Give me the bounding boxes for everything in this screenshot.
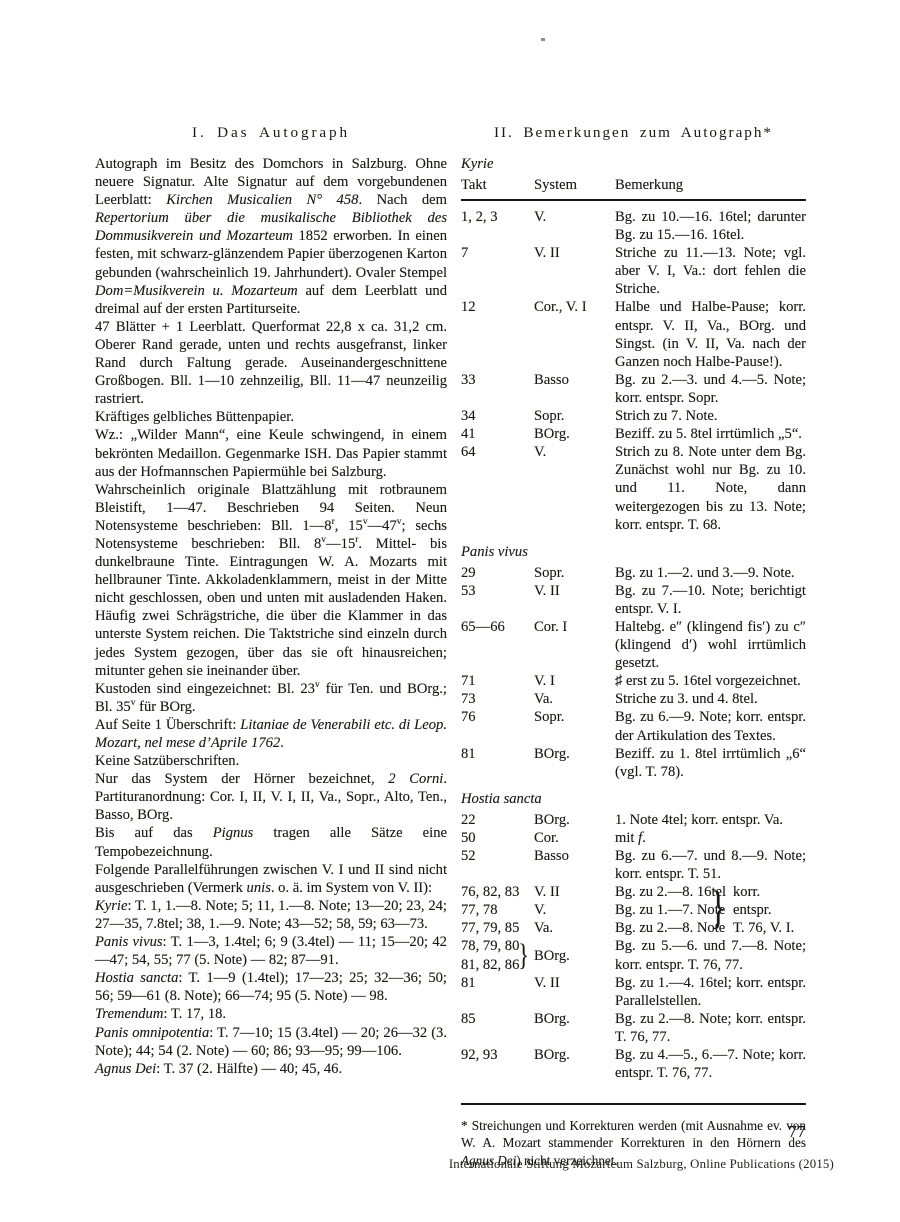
text-run: 47 Blätter + 1 Leerblatt. Querformat 22,… (95, 319, 447, 407)
bemerkung-cell: mit f. (615, 829, 806, 847)
takt-cell: 34 (461, 407, 534, 425)
takt-cell: 77, 78 (461, 901, 534, 919)
takt-cell: 78, 79, 8081, 82, 86} (461, 937, 534, 973)
table-row: 64V.Strich zu 8. Note unter dem Bg. Zunä… (461, 443, 806, 533)
italic-text: unis (247, 880, 271, 896)
text-run: : T. 1, 1.—8. Note; 5; 11, 1.—8. Note; 1… (95, 898, 447, 932)
italic-text: Pignus (213, 825, 254, 841)
paragraph: Kyrie: T. 1, 1.—8. Note; 5; 11, 1.—8. No… (95, 897, 447, 933)
bemerkung-cell: Bg. zu 2.—8. Note (615, 919, 725, 937)
table-row: 50Cor.mit f. (461, 829, 806, 847)
text-run: —47 (368, 518, 397, 534)
takt-cell: 76 (461, 708, 534, 744)
autograph-description: Autograph im Besitz des Domchors in Salz… (95, 155, 447, 1078)
bemerkung-cell: Bg. zu 10.—16. 16tel; darunter Bg. zu 15… (615, 208, 806, 244)
paragraph: Bis auf das Pignus tragen alle Sätze ein… (95, 824, 447, 860)
takt-cell: 1, 2, 3 (461, 208, 534, 244)
system-cell: BOrg. (534, 745, 615, 781)
bemerkung-cell: Bg. zu 7.—10. Note; berichtigt entspr. V… (615, 582, 806, 618)
system-cell: V. II (534, 582, 615, 618)
table-row: 77, 79, 85Va.Bg. zu 2.—8. NoteT. 76, V. … (461, 919, 806, 937)
right-column: II. Bemerkungen zum Autograph* KyrieTakt… (461, 124, 806, 1169)
takt-cell: 12 (461, 298, 534, 370)
system-cell: Basso (534, 847, 615, 883)
italic-text: Panis omnipotentia (95, 1025, 209, 1041)
system-cell: Va. (534, 690, 615, 708)
column-header-bemerkung: Bemerkung (615, 176, 806, 195)
takt-cell: 92, 93 (461, 1046, 534, 1082)
system-cell: Sopr. (534, 708, 615, 744)
takt-cell: 81 (461, 745, 534, 781)
text-run: : T. 37 (2. Hälfte) — 40; 45, 46. (156, 1061, 342, 1077)
text-run: : T. 17, 18. (163, 1006, 226, 1022)
paragraph: Folgende Parallelführungen zwischen V. I… (95, 861, 447, 897)
takt-cell: 73 (461, 690, 534, 708)
takt-cell: 71 (461, 672, 534, 690)
system-cell: Cor. (534, 829, 615, 847)
text-run: . (642, 830, 646, 846)
takt-cell: 53 (461, 582, 534, 618)
bemerkung-cell: Bg. zu 6.—9. Note; korr. entspr. der Art… (615, 708, 806, 744)
table-row: 81BOrg.Beziff. zu 1. 8tel irrtümlich „6“… (461, 745, 806, 781)
system-cell: V. II (534, 244, 615, 298)
bemerkung-cell: Strich zu 7. Note. (615, 407, 806, 425)
bemerkung-cell: Bg. zu 4.—5., 6.—7. Note; korr. entspr. … (615, 1046, 806, 1082)
publication-footer: Internationale Stiftung Mozarteum Salzbu… (449, 1157, 834, 1172)
bemerkung-cell: Striche zu 3. und 4. 8tel. (615, 690, 806, 708)
bemerkung-cell: 1. Note 4tel; korr. entspr. Va. (615, 811, 806, 829)
table-section-title: Panis vivus (461, 543, 806, 561)
table-row: 12Cor., V. IHalbe und Halbe-Pause; korr.… (461, 298, 806, 370)
table-section-title: Kyrie (461, 155, 806, 173)
footnote-rule (461, 1103, 806, 1105)
takt-cell: 41 (461, 425, 534, 443)
table-row: 78, 79, 8081, 82, 86}BOrg.Bg. zu 5.—6. u… (461, 937, 806, 973)
table-row: 22BOrg.1. Note 4tel; korr. entspr. Va. (461, 811, 806, 829)
bemerkung-cell: Bg. zu 6.—7. und 8.—9. Note; korr. entsp… (615, 847, 806, 883)
paragraph: Wz.: „Wilder Mann“, eine Keule schwingen… (95, 426, 447, 480)
table-row: 1, 2, 3V.Bg. zu 10.—16. 16tel; darunter … (461, 208, 806, 244)
bemerkung-cell: Bg. zu 2.—8. Note; korr. entspr. T. 76, … (615, 1010, 806, 1046)
system-cell: V. (534, 208, 615, 244)
table-row: 85BOrg.Bg. zu 2.—8. Note; korr. entspr. … (461, 1010, 806, 1046)
takt-group-brace: } (518, 935, 529, 974)
table-row: 81V. IIBg. zu 1.—4. 16tel; korr. entspr.… (461, 974, 806, 1010)
bemerkung-cell: Halbe und Halbe-Pause; korr. entspr. V. … (615, 298, 806, 370)
section-heading-bemerkungen: II. Bemerkungen zum Autograph* (461, 124, 806, 142)
table-row: 77, 78V.Bg. zu 1.—7. Noteentspr. (461, 901, 806, 919)
table-row: 7V. IIStriche zu 11.—13. Note; vgl. aber… (461, 244, 806, 298)
takt-cell: 22 (461, 811, 534, 829)
section-heading-autograph: I. Das Autograph (95, 124, 447, 142)
italic-text: Tremendum (95, 1006, 163, 1022)
group-side-label: korr. (733, 883, 760, 901)
system-cell: BOrg. (534, 937, 615, 973)
paragraph: Wahrscheinlich originale Blattzählung mi… (95, 481, 447, 680)
bemerkung-cell: Beziff. zu 5. 8tel irrtümlich „5“. (615, 425, 806, 443)
system-cell: V. II (534, 974, 615, 1010)
table-row: 73Va.Striche zu 3. und 4. 8tel. (461, 690, 806, 708)
paragraph: Kustoden sind eingezeichnet: Bl. 23v für… (95, 680, 447, 716)
text-run: , 15 (335, 518, 363, 534)
bemerkung-cell: ♯ erst zu 5. 16tel vorgezeichnet. (615, 672, 806, 690)
system-cell: BOrg. (534, 425, 615, 443)
table-row: 65—66Cor. IHaltebg. e″ (klingend fis′) z… (461, 618, 806, 672)
paragraph: Agnus Dei: T. 37 (2. Hälfte) — 40; 45, 4… (95, 1060, 447, 1078)
text-run: . (280, 735, 284, 751)
paragraph: Nur das System der Hörner bezeichnet, 2 … (95, 770, 447, 824)
text-run: —15 (326, 536, 355, 552)
text-run: . o. ä. im System von V. II): (271, 880, 432, 896)
system-cell: BOrg. (534, 811, 615, 829)
text-run: Nur das System der Hörner bezeichnet, (95, 771, 388, 787)
column-header-system: System (534, 176, 615, 195)
table-row: 76Sopr.Bg. zu 6.—9. Note; korr. entspr. … (461, 708, 806, 744)
takt-cell: 76, 82, 83 (461, 883, 534, 901)
paragraph: Autograph im Besitz des Domchors in Salz… (95, 155, 447, 318)
text-run: Wz.: „Wilder Mann“, eine Keule schwingen… (95, 427, 447, 479)
italic-text: 2 Corni (388, 771, 443, 787)
system-cell: BOrg. (534, 1010, 615, 1046)
italic-text: Hostia sancta (95, 970, 178, 986)
left-column: I. Das Autograph Autograph im Besitz des… (95, 124, 447, 1078)
system-cell: V. (534, 443, 615, 533)
text-run: . Nach dem (358, 192, 447, 208)
table-header-row: TaktSystemBemerkung (461, 176, 806, 195)
system-cell: V. II (534, 883, 615, 901)
italic-text: Kyrie (95, 898, 127, 914)
scan-artifact-speck (541, 38, 545, 41)
table-row: 53V. IIBg. zu 7.—10. Note; berichtigt en… (461, 582, 806, 618)
group-side-label: entspr. (733, 901, 772, 919)
italic-text: Kirchen Musicalien N° 458 (166, 192, 358, 208)
system-cell: V. I (534, 672, 615, 690)
takt-cell: 65—66 (461, 618, 534, 672)
takt-cell: 7 (461, 244, 534, 298)
table-row: 52BassoBg. zu 6.—7. und 8.—9. Note; korr… (461, 847, 806, 883)
system-cell: Va. (534, 919, 615, 937)
text-run: . Mittel- bis dunkelbraune Tinte. Eintra… (95, 536, 447, 679)
paragraph: Panis vivus: T. 1—3, 1.4tel; 6; 9 (3.4te… (95, 933, 447, 969)
takt-cell: 29 (461, 564, 534, 582)
text-run: mit (615, 830, 638, 846)
bemerkung-cell: Bg. zu 1.—4. 16tel; korr. entspr. Parall… (615, 974, 806, 1010)
bemerkung-cell: Beziff. zu 1. 8tel irrtümlich „6“ (vgl. … (615, 745, 806, 781)
takt-cell: 85 (461, 1010, 534, 1046)
paragraph: Hostia sancta: T. 1—9 (1.4tel); 17—23; 2… (95, 969, 447, 1005)
text-run: Bis auf das (95, 825, 213, 841)
italic-text: Agnus Dei (95, 1061, 156, 1077)
paragraph: Kräftiges gelbliches Büttenpapier. (95, 408, 447, 426)
paragraph: Tremendum: T. 17, 18. (95, 1005, 447, 1023)
text-run: Keine Satzüberschriften. (95, 753, 239, 769)
table-row: 33BassoBg. zu 2.—3. und 4.—5. Note; korr… (461, 371, 806, 407)
system-cell: BOrg. (534, 1046, 615, 1082)
system-cell: Sopr. (534, 407, 615, 425)
paragraph: Auf Seite 1 Überschrift: Litaniae de Ven… (95, 716, 447, 752)
page-number: 77 (461, 1122, 806, 1142)
italic-text: Panis vivus (95, 934, 163, 950)
system-cell: Basso (534, 371, 615, 407)
text-run: Kustoden sind eingezeichnet: Bl. 23 (95, 681, 315, 697)
bemerkung-cell: Striche zu 11.—13. Note; vgl. aber V. I,… (615, 244, 806, 298)
bemerkung-cell: Bg. zu 1.—7. Note (615, 901, 725, 919)
table-section-title: Hostia sancta (461, 790, 806, 808)
italic-text: Dom=Musikverein u. Mozarteum (95, 283, 298, 299)
remarks-table: KyrieTaktSystemBemerkung1, 2, 3V.Bg. zu … (461, 155, 806, 1082)
takt-cell: 50 (461, 829, 534, 847)
system-cell: Cor. I (534, 618, 615, 672)
table-row: 76, 82, 83V. IIBg. zu 2.—8. 16tel}korr. (461, 883, 806, 901)
takt-cell: 33 (461, 371, 534, 407)
bemerkung-cell: Bg. zu 2.—3. und 4.—5. Note; korr. entsp… (615, 371, 806, 407)
document-page: I. Das Autograph Autograph im Besitz des… (0, 0, 900, 1222)
paragraph: Keine Satzüberschriften. (95, 752, 447, 770)
system-cell: V. (534, 901, 615, 919)
bemerkung-cell: Bg. zu 1.—2. und 3.—9. Note. (615, 564, 806, 582)
group-side-label: T. 76, V. I. (733, 919, 794, 937)
text-run: für BOrg. (135, 699, 195, 715)
table-row: 41BOrg.Beziff. zu 5. 8tel irrtümlich „5“… (461, 425, 806, 443)
text-run: Auf Seite 1 Überschrift: (95, 717, 240, 733)
takt-cell: 81 (461, 974, 534, 1010)
column-header-takt: Takt (461, 176, 534, 195)
table-row: 34Sopr.Strich zu 7. Note. (461, 407, 806, 425)
text-run: Kräftiges gelbliches Büttenpapier. (95, 409, 294, 425)
system-cell: Cor., V. I (534, 298, 615, 370)
bemerkung-cell: Bg. zu 5.—6. und 7.—8. Note; korr. entsp… (615, 937, 806, 973)
table-row: 92, 93BOrg.Bg. zu 4.—5., 6.—7. Note; kor… (461, 1046, 806, 1082)
bemerkung-cell: Strich zu 8. Note unter dem Bg. Zunächst… (615, 443, 806, 533)
system-cell: Sopr. (534, 564, 615, 582)
paragraph: 47 Blätter + 1 Leerblatt. Querformat 22,… (95, 318, 447, 408)
bemerkung-cell: Haltebg. e″ (klingend fis′) zu c″ (kling… (615, 618, 806, 672)
takt-cell: 52 (461, 847, 534, 883)
table-row: 71V. I♯ erst zu 5. 16tel vorgezeichnet. (461, 672, 806, 690)
paragraph: Panis omnipotentia: T. 7—10; 15 (3.4tel)… (95, 1024, 447, 1060)
table-header-rule (461, 199, 806, 201)
table-row: 29Sopr.Bg. zu 1.—2. und 3.—9. Note. (461, 564, 806, 582)
takt-cell: 64 (461, 443, 534, 533)
